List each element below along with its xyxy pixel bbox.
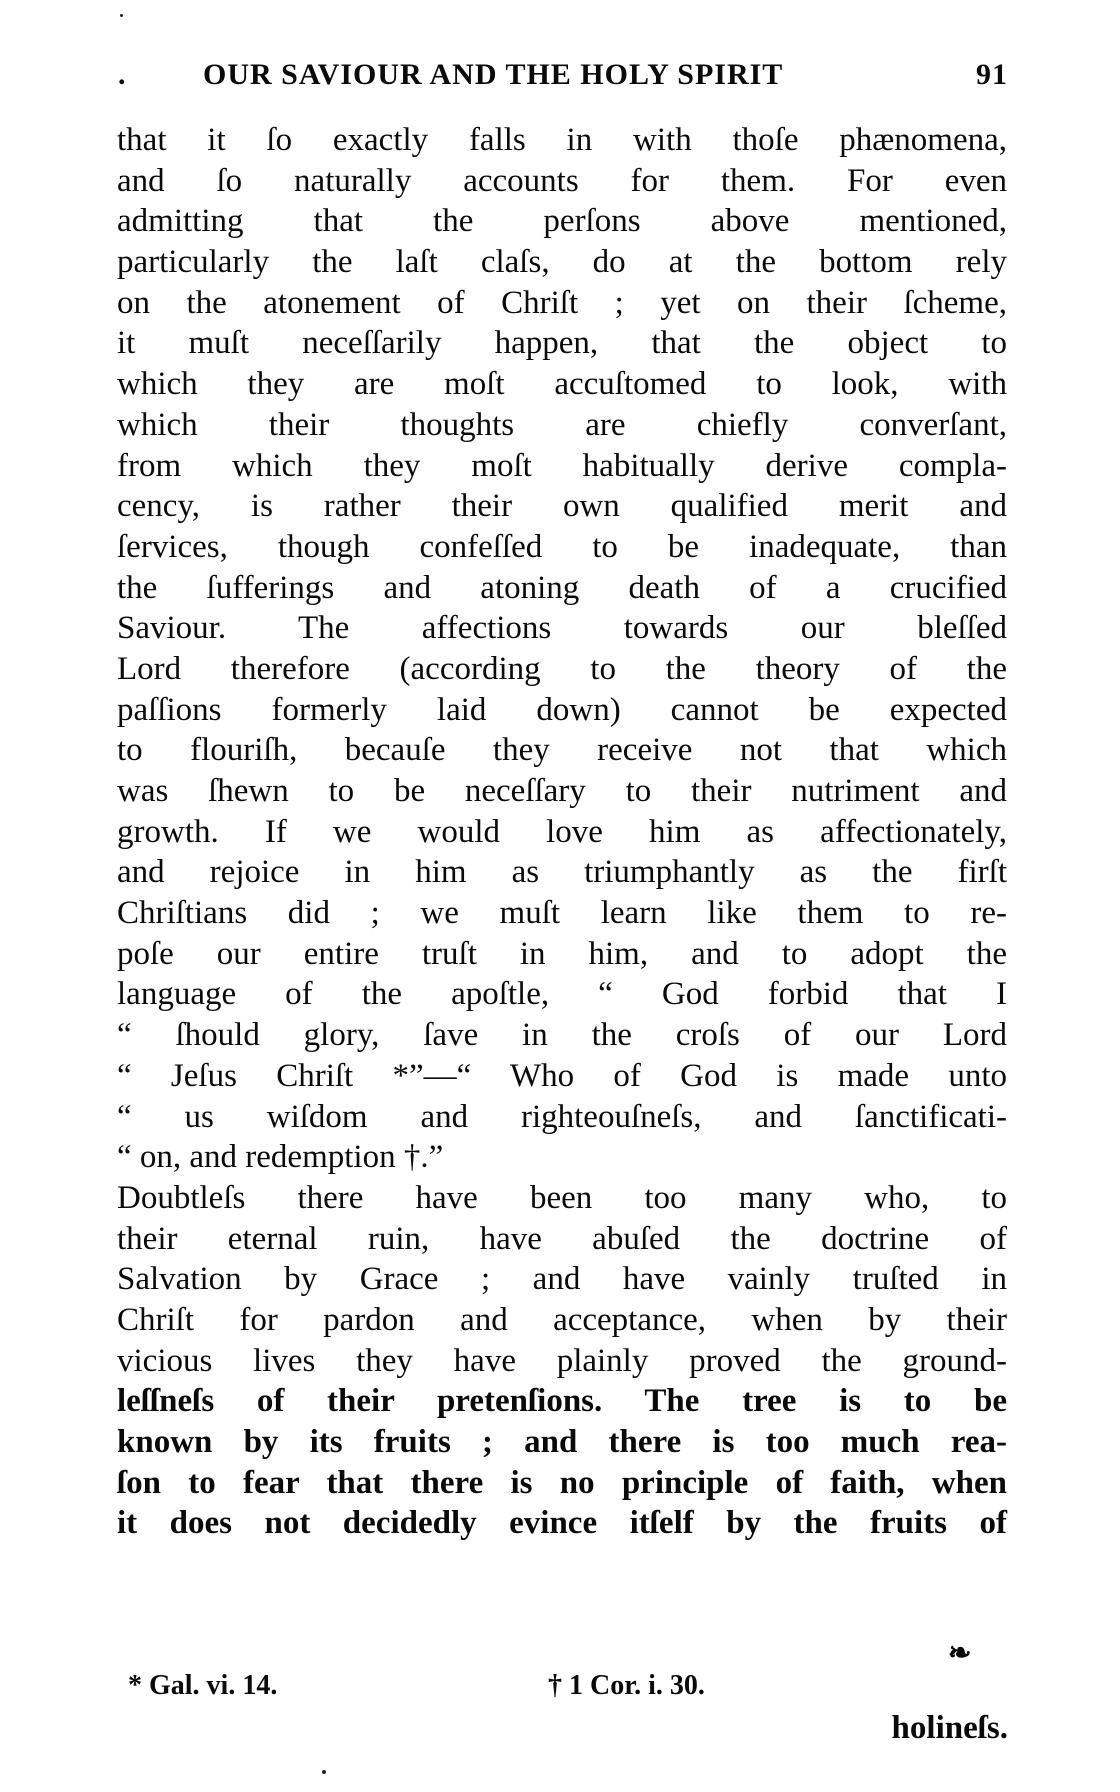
text-line: and rejoice in him as triumphantly as th… (117, 852, 1007, 893)
text-line: known by its fruits ; and there is too m… (117, 1422, 1007, 1463)
text-line: “ Jeſus Chriſt *”—“ Who of God is made u… (117, 1056, 1007, 1097)
text-line: it does not decidedly evince itſelf by t… (117, 1503, 1007, 1544)
text-line: poſe our entire truſt in him, and to ado… (117, 934, 1007, 975)
text-line: their eternal ruin, have abuſed the doct… (117, 1219, 1007, 1260)
text-line: “ ſhould glory, ſave in the croſs of our… (117, 1015, 1007, 1056)
text-line: Salvation by Grace ; and have vainly tru… (117, 1259, 1007, 1300)
page-number: 91 (976, 58, 1008, 92)
text-line: from which they moſt habitually derive c… (117, 446, 1007, 487)
body-text: that it ſo exactly falls in with thoſe p… (117, 120, 1007, 1544)
text-line: that it ſo exactly falls in with thoſe p… (117, 120, 1007, 161)
running-header: . OUR SAVIOUR AND THE HOLY SPIRIT 91 (118, 58, 1008, 98)
text-line: and ſo naturally accounts for them. For … (117, 161, 1007, 202)
text-line: growth. If we would love him as affectio… (117, 812, 1007, 853)
text-line: Lord therefore (according to the theory … (117, 649, 1007, 690)
text-line: vicious lives they have plainly proved t… (117, 1341, 1007, 1382)
text-line: “ us wiſdom and righteouſneſs, and ſanct… (117, 1097, 1007, 1138)
header-marker: . (118, 58, 127, 92)
text-line: it muſt neceſſarily happen, that the obj… (117, 323, 1007, 364)
paragraph-start-line: Doubtleſs there have been too many who, … (117, 1178, 1007, 1219)
text-line: particularly the laſt claſs, do at the b… (117, 242, 1007, 283)
text-line: to flouriſh, becauſe they receive not th… (117, 730, 1007, 771)
ink-mark: ❧ (948, 1636, 971, 1670)
text-line: cency, is rather their own qualified mer… (117, 486, 1007, 527)
text-line: leſſneſs of their pretenſions. The tree … (117, 1381, 1007, 1422)
book-page: . OUR SAVIOUR AND THE HOLY SPIRIT 91 tha… (0, 0, 1120, 1792)
text-line: ſervices, though confeſſed to be inadequ… (117, 527, 1007, 568)
text-line: “ on, and redemption †.” (117, 1137, 1007, 1178)
text-line: admitting that the perſons above mention… (117, 201, 1007, 242)
running-title: OUR SAVIOUR AND THE HOLY SPIRIT (203, 58, 783, 92)
text-line: which their thoughts are chiefly converſ… (117, 405, 1007, 446)
text-line: was ſhewn to be neceſſary to their nutri… (117, 771, 1007, 812)
text-line: Chriſt for pardon and acceptance, when b… (117, 1300, 1007, 1341)
scan-speck (120, 14, 123, 17)
footnotes: * Gal. vi. 14. † 1 Cor. i. 30. (128, 1670, 1008, 1710)
catchword: holineſs. (892, 1710, 1008, 1747)
text-line: ſon to fear that there is no principle o… (117, 1463, 1007, 1504)
text-line: paſſions formerly laid down) cannot be e… (117, 690, 1007, 731)
text-line: on the atonement of Chriſt ; yet on thei… (117, 283, 1007, 324)
scan-speck (322, 1770, 326, 1774)
footnote-cor: † 1 Cor. i. 30. (548, 1670, 705, 1702)
footnote-gal: * Gal. vi. 14. (128, 1670, 277, 1702)
text-line: which they are moſt accuſtomed to look, … (117, 364, 1007, 405)
text-line: Saviour. The affections towards our bleſ… (117, 608, 1007, 649)
text-line: Chriſtians did ; we muſt learn like them… (117, 893, 1007, 934)
text-line: language of the apoſtle, “ God forbid th… (117, 974, 1007, 1015)
text-line: the ſufferings and atoning death of a cr… (117, 568, 1007, 609)
